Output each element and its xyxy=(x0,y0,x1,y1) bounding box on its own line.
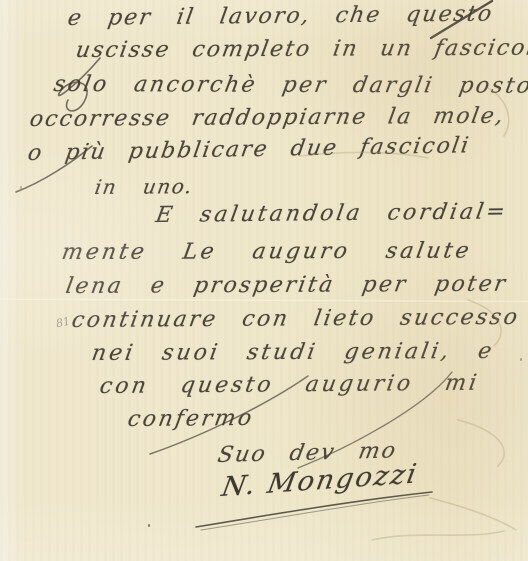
pen-flourish xyxy=(150,376,308,454)
letter-line: mente Le auguro salute xyxy=(60,239,474,265)
letter-line: in uno. xyxy=(93,174,195,199)
paper-specks xyxy=(148,524,150,527)
pen-flourish xyxy=(16,146,92,192)
letter-line: occorresse raddoppiarne la mole, xyxy=(28,104,507,132)
letter-line: uscisse completo in un fascicolo xyxy=(74,36,528,63)
signature: N. Mongozzi xyxy=(219,459,420,503)
letter-line: con questo augurio mi xyxy=(98,371,481,399)
signature-underline xyxy=(196,492,432,527)
letter-line: continuare con lieto successo xyxy=(70,305,522,333)
letter-line: o più pubblicare due fascicoli xyxy=(26,133,472,166)
pencil-margin-note: 81 xyxy=(55,315,71,331)
pen-flourish xyxy=(59,58,100,111)
pen-flourish xyxy=(298,372,452,468)
letter-line: lena e prosperità per poter xyxy=(64,272,510,299)
letter-line: e per il lavoro, che questo xyxy=(66,2,495,31)
pen-slash-stroke xyxy=(431,1,492,38)
showthrough-marks xyxy=(300,88,516,540)
letter-line: nei suoi studi geniali, e xyxy=(90,339,497,366)
signature-underline xyxy=(201,495,429,530)
letter-line: E salutandola cordial= xyxy=(154,199,510,228)
letter-valediction: Suo dev mo xyxy=(216,438,400,468)
letter-line: confermo xyxy=(126,406,256,432)
fold-crease xyxy=(0,298,528,303)
ink-flourish-overlay xyxy=(0,0,528,561)
letter-line: solo ancorchè per dargli posto xyxy=(52,72,528,99)
scanned-letter-page: e per il lavoro, che questo uscisse comp… xyxy=(0,0,528,561)
